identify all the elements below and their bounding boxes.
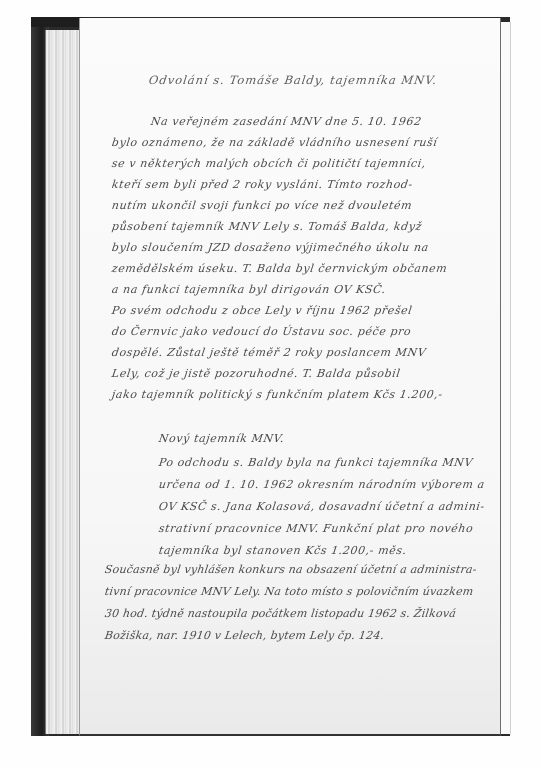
text-line: kteří sem byli před 2 roky vysláni. Tímt… [111,178,414,191]
text-line: působení tajemník MNV Lely s. Tomáš Bald… [111,220,423,233]
text-line: Lely, což je jistě pozoruhodné. T. Balda… [111,367,401,380]
text-line: určena od 1. 10. 1962 okresním národním … [158,478,486,491]
section-subheading: Nový tajemník MNV. [158,432,285,445]
text-line: nutím ukončil svoji funkci po více než d… [111,199,413,212]
text-line: Na veřejném zasedání MNV dne 5. 10. 1962 [150,115,423,128]
text-line: OV KSČ s. Jana Kolasová, dosavadní účetn… [158,500,486,513]
text-line: se v některých malých obcích či političt… [111,157,427,170]
text-line: bylo sloučením JZD dosaženo výjimečného … [111,241,430,254]
text-line: jako tajemník politický s funkčním plate… [111,388,444,401]
text-line: Po odchodu s. Baldy byla na funkci tajem… [158,456,474,469]
text-line: bylo oznámeno, že na základě vládního us… [111,136,438,149]
text-line: do Černvic jako vedoucí do Ústavu soc. p… [111,325,412,338]
text-line: a na funkci tajemníka byl dirigován OV K… [111,283,387,296]
text-line: tivní pracovnice MNV Lely. Na toto místo… [104,585,474,598]
text-line: tajemníka byl stanoven Kčs 1.200,- měs. [158,544,408,557]
text-line: strativní pracovnice MNV. Funkční plat p… [158,522,474,535]
text-line: Současně byl vyhlášen konkurs na obsazen… [104,563,478,576]
text-line: 30 hod. týdně nastoupila počátkem listop… [104,607,457,620]
document-title: Odvolání s. Tomáše Baldy, tajemníka MNV. [148,73,438,87]
handwritten-text: Odvolání s. Tomáše Baldy, tajemníka MNV.… [0,0,541,768]
text-line: zemědělském úseku. T. Balda byl černvick… [111,262,448,275]
text-line: dospělé. Zůstal ještě téměř 2 roky posla… [111,346,427,359]
text-line: Po svém odchodu z obce Lely v říjnu 1962… [111,304,413,317]
text-line: Božiška, nar. 1910 v Lelech, bytem Lely … [104,629,385,642]
